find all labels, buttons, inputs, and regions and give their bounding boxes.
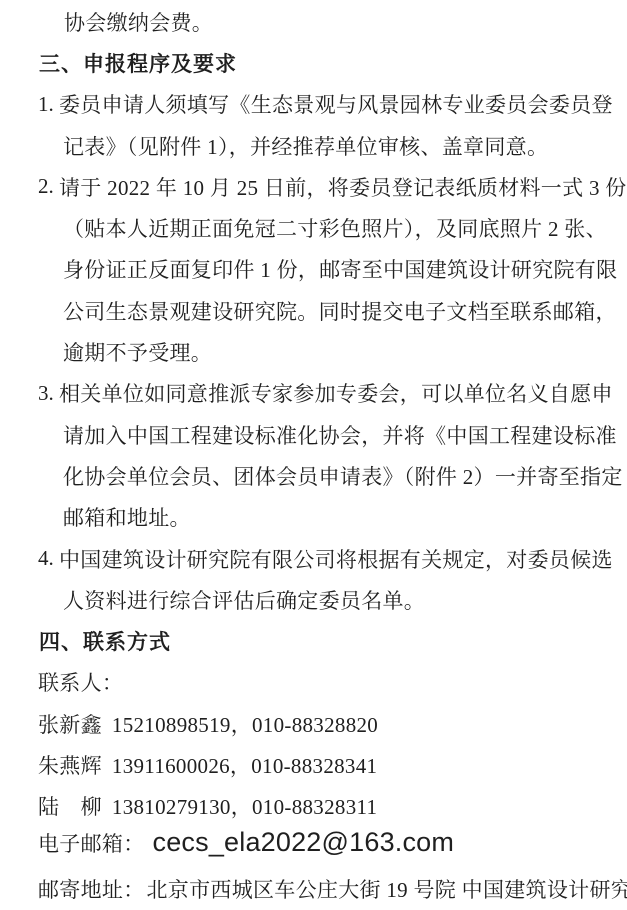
list-item-1-line-0: 委员申请人须填写《生态景观与风景园林专业委员会委员登 bbox=[59, 89, 613, 119]
contact-row-2: 朱燕辉 13911600026，010-88328341 bbox=[0, 744, 627, 785]
list-item-3-number: 3. bbox=[38, 381, 59, 406]
contact-3-name: 陆 柳 bbox=[38, 791, 102, 821]
list-item-2-line-2: 身份证正反面复印件 1 份，邮寄至中国建筑设计研究院有限 bbox=[0, 249, 627, 290]
section-3-heading: 三、申报程序及要求 bbox=[0, 42, 627, 83]
contact-3-phones: 13810279130，010-88328311 bbox=[112, 791, 377, 821]
list-item-1-number: 1. bbox=[38, 92, 59, 117]
list-item-2-number: 2. bbox=[38, 174, 59, 199]
list-item-3-line-0: 相关单位如同意推派专家参加专委会，可以单位名义自愿申 bbox=[59, 378, 613, 408]
list-item-2: 2. 请于 2022 年 10 月 25 日前，将委员登记表纸质材料一式 3 份 bbox=[0, 166, 627, 207]
email-address: cecs_ela2022@163.com bbox=[153, 827, 455, 858]
list-item-3-line-1: 请加入中国工程建设标准化协会，并将《中国工程建设标准 bbox=[0, 414, 627, 455]
email-label: 电子邮箱： bbox=[38, 828, 145, 858]
list-item-3-line-3: 邮箱和地址。 bbox=[0, 497, 627, 538]
contact-person-label: 联系人： bbox=[0, 662, 627, 703]
list-item-4-number: 4. bbox=[38, 546, 59, 571]
contact-row-1: 张新鑫 15210898519，010-88328820 bbox=[0, 703, 627, 744]
contact-1-phones: 15210898519，010-88328820 bbox=[112, 709, 378, 739]
contact-2-name: 朱燕辉 bbox=[38, 750, 102, 780]
list-item-2-line-3: 公司生态景观建设研究院。同时提交电子文档至联系邮箱， bbox=[0, 290, 627, 331]
list-item-2-line-4: 逾期不予受理。 bbox=[0, 331, 627, 372]
list-item-4-line-0: 中国建筑设计研究院有限公司将根据有关规定，对委员候选 bbox=[59, 544, 613, 574]
contact-2-phones: 13911600026，010-88328341 bbox=[112, 750, 377, 780]
contact-row-3: 陆 柳 13810279130，010-88328311 bbox=[0, 786, 627, 827]
address-text: 北京市西城区车公庄大街 19 号院 中国建筑设计研究 bbox=[147, 874, 627, 904]
list-item-1: 1. 委员申请人须填写《生态景观与风景园林专业委员会委员登 bbox=[0, 84, 627, 125]
document-page: 协会缴纳会费。 三、申报程序及要求 1. 委员申请人须填写《生态景观与风景园林专… bbox=[0, 0, 627, 910]
contact-1-name: 张新鑫 bbox=[38, 709, 102, 739]
list-item-2-line-0: 请于 2022 年 10 月 25 日前，将委员登记表纸质材料一式 3 份 bbox=[59, 172, 627, 202]
list-item-4-line-1: 人资料进行综合评估后确定委员名单。 bbox=[0, 579, 627, 620]
list-item-1-line-1: 记表》（见附件 1），并经推荐单位审核、盖章同意。 bbox=[0, 125, 627, 166]
list-item-2-line-1: （贴本人近期正面免冠二寸彩色照片），及同底照片 2 张、 bbox=[0, 207, 627, 248]
address-label: 邮寄地址： bbox=[38, 874, 145, 904]
paragraph-continuation-line: 协会缴纳会费。 bbox=[0, 1, 627, 42]
address-row: 邮寄地址： 北京市西城区车公庄大街 19 号院 中国建筑设计研究 bbox=[0, 868, 627, 909]
list-item-3-line-2: 化协会单位会员、团体会员申请表》（附件 2）一并寄至指定 bbox=[0, 455, 627, 496]
list-item-4: 4. 中国建筑设计研究院有限公司将根据有关规定，对委员候选 bbox=[0, 538, 627, 579]
list-item-3: 3. 相关单位如同意推派专家参加专委会，可以单位名义自愿申 bbox=[0, 373, 627, 414]
email-row: 电子邮箱： cecs_ela2022@163.com bbox=[0, 827, 627, 868]
section-4-heading: 四、联系方式 bbox=[0, 620, 627, 661]
